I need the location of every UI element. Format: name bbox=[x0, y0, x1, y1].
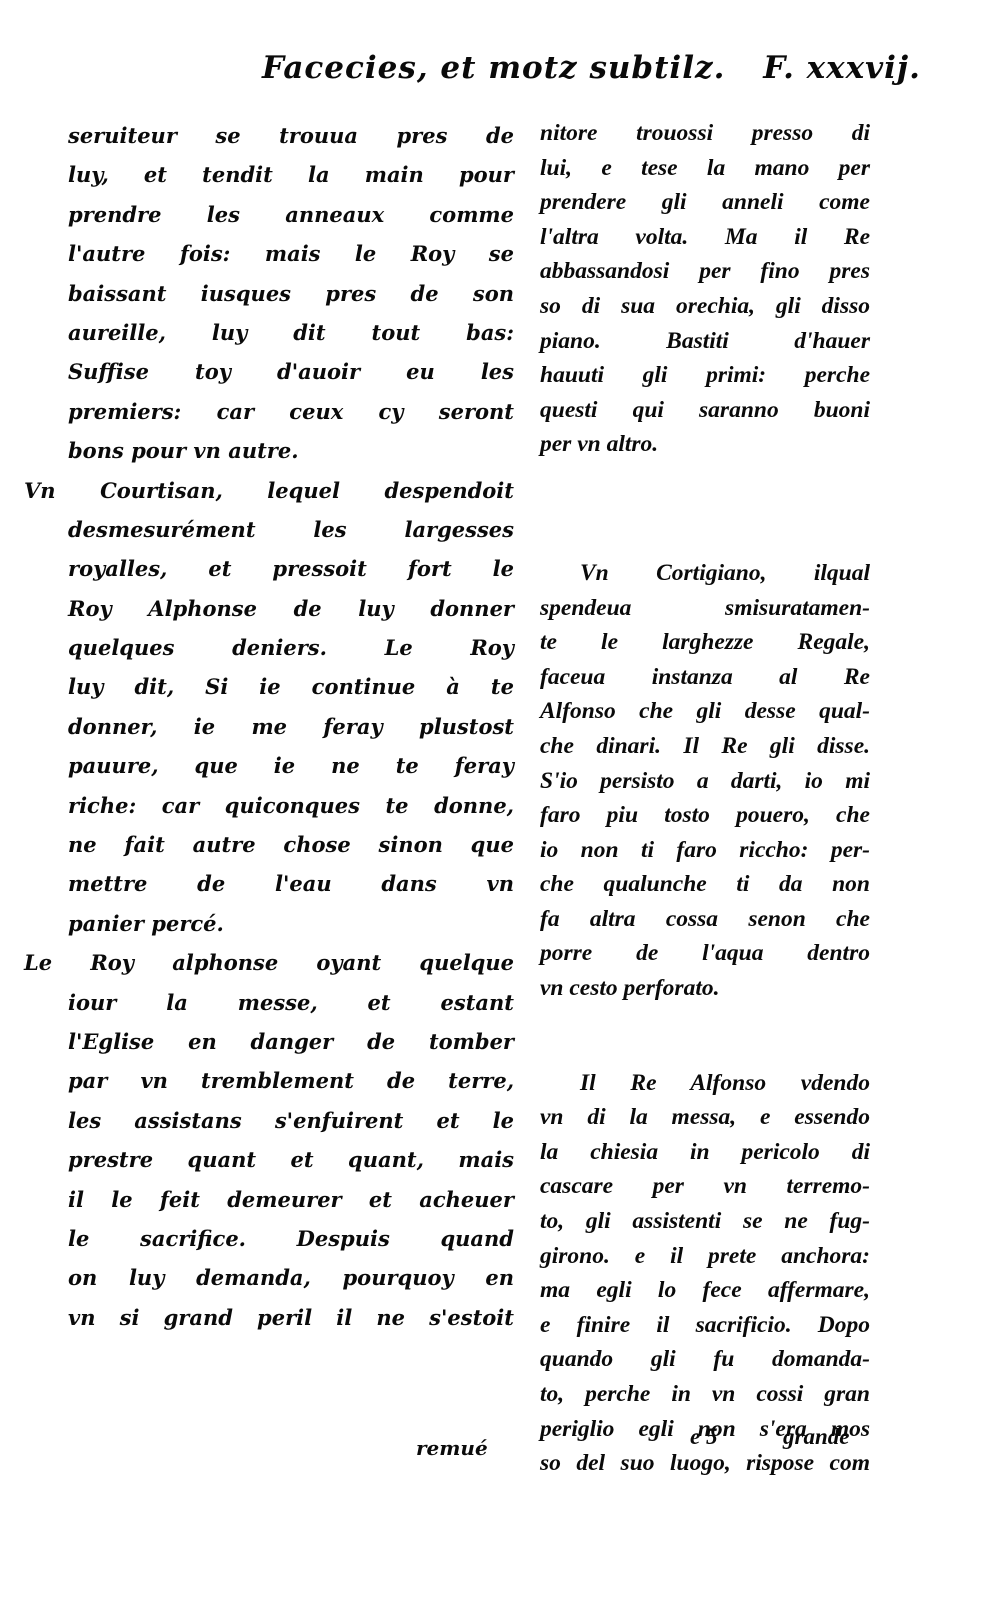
text-line: vn di la messa, e essendo bbox=[540, 1100, 870, 1135]
text-line: donner, ie me feray plustost bbox=[24, 707, 514, 746]
text-line: prendere gli anneli come bbox=[540, 185, 870, 220]
right-column-italian: nitore trouossi presso di lui, e tese la… bbox=[540, 116, 870, 1481]
paragraph-spacer bbox=[540, 462, 870, 556]
text-line: luy, et tendit la main pour bbox=[24, 155, 514, 194]
text-line: che qualunche ti da non bbox=[540, 867, 870, 902]
text-line: girono. e il prete anchora: bbox=[540, 1239, 870, 1274]
text-line: che dinari. Il Re gli disse. bbox=[540, 729, 870, 764]
text-line: to, perche in vn cossi gran bbox=[540, 1377, 870, 1412]
text-line: prestre quant et quant, mais bbox=[24, 1140, 514, 1179]
folio-number: xxxvij. bbox=[807, 50, 921, 86]
catchword-left: remué bbox=[416, 1436, 488, 1460]
paragraph-french-1: seruiteur se trouua pres de luy, et tend… bbox=[24, 116, 514, 471]
text-line: Alfonso che gli desse qual- bbox=[540, 694, 870, 729]
text-line: il le feit demeurer et acheuer bbox=[24, 1180, 514, 1219]
text-line: baissant iusques pres de son bbox=[24, 274, 514, 313]
book-page: Facecies, et motz subtilz. F. xxxvij. se… bbox=[0, 0, 1000, 1615]
text-line: seruiteur se trouua pres de bbox=[24, 116, 514, 155]
text-line: riche: car quiconques te donne, bbox=[24, 786, 514, 825]
text-line: e finire il sacrificio. Dopo bbox=[540, 1308, 870, 1343]
text-line: so di sua orechia, gli disso bbox=[540, 289, 870, 324]
text-line: les assistans s'enfuirent et le bbox=[24, 1101, 514, 1140]
text-line: l'altra volta. Ma il Re bbox=[540, 220, 870, 255]
running-head-title: Facecies, et motz subtilz. bbox=[262, 50, 725, 86]
text-line: cascare per vn terremo- bbox=[540, 1169, 870, 1204]
text-line: panier percé. bbox=[24, 904, 514, 943]
text-line: S'io persisto a darti, io mi bbox=[540, 764, 870, 799]
text-line: io non ti faro riccho: per- bbox=[540, 833, 870, 868]
left-column-french: seruiteur se trouua pres de luy, et tend… bbox=[24, 116, 514, 1337]
text-line: porre de l'aqua dentro bbox=[540, 936, 870, 971]
text-line: l'Eglise en danger de tomber bbox=[24, 1022, 514, 1061]
text-line: quando gli fu domanda- bbox=[540, 1342, 870, 1377]
text-line: par vn tremblement de terre, bbox=[24, 1061, 514, 1100]
text-line: ma egli lo fece affermare, bbox=[540, 1273, 870, 1308]
text-line: iour la messe, et estant bbox=[24, 983, 514, 1022]
text-line: Roy Alphonse de luy donner bbox=[24, 589, 514, 628]
paragraph-italian-2: Vn Cortigiano, ilqual spendeua smisurata… bbox=[540, 556, 870, 1006]
text-line: te le larghezze Regale, bbox=[540, 625, 870, 660]
text-line: to, gli assistenti se ne fug- bbox=[540, 1204, 870, 1239]
text-line: mettre de l'eau dans vn bbox=[24, 864, 514, 903]
text-line: fa altra cossa senon che bbox=[540, 902, 870, 937]
running-head: Facecies, et motz subtilz. F. xxxvij. bbox=[262, 50, 862, 100]
text-line: l'autre fois: mais le Roy se bbox=[24, 234, 514, 273]
text-line: premiers: car ceux cy seront bbox=[24, 392, 514, 431]
paragraph-french-3: Le Roy alphonse oyant quelque iour la me… bbox=[24, 943, 514, 1337]
text-line: nitore trouossi presso di bbox=[540, 116, 870, 151]
text-line: spendeua smisuratamen- bbox=[540, 591, 870, 626]
text-line: lui, e tese la mano per bbox=[540, 151, 870, 186]
text-line: royalles, et pressoit fort le bbox=[24, 549, 514, 588]
text-line: la chiesia in pericolo di bbox=[540, 1135, 870, 1170]
text-line: questi qui saranno buoni bbox=[540, 393, 870, 428]
text-line: aureille, luy dit tout bas: bbox=[24, 313, 514, 352]
text-line: Il Re Alfonso vdendo bbox=[540, 1066, 870, 1101]
text-line: Le Roy alphonse oyant quelque bbox=[24, 943, 514, 982]
text-line: hauuti gli primi: perche bbox=[540, 358, 870, 393]
text-line: vn cesto perforato. bbox=[540, 971, 870, 1006]
text-line: faro piu tosto pouero, che bbox=[540, 798, 870, 833]
paragraph-italian-3: Il Re Alfonso vdendo vn di la messa, e e… bbox=[540, 1066, 870, 1481]
paragraph-italian-1: nitore trouossi presso di lui, e tese la… bbox=[540, 116, 870, 462]
catchword-right: grande bbox=[783, 1424, 849, 1450]
paragraph-french-2: Vn Courtisan, lequel despendoit desmesur… bbox=[24, 471, 514, 944]
text-line: vn si grand peril il ne s'estoit bbox=[24, 1298, 514, 1337]
text-line: Vn Courtisan, lequel despendoit bbox=[24, 471, 514, 510]
text-line: ne fait autre chose sinon que bbox=[24, 825, 514, 864]
paragraph-spacer bbox=[540, 1006, 870, 1066]
text-line: prendre les anneaux comme bbox=[24, 195, 514, 234]
text-line: le sacrifice. Despuis quand bbox=[24, 1219, 514, 1258]
text-line: abbassandosi per fino pres bbox=[540, 254, 870, 289]
text-line: desmesurément les largesses bbox=[24, 510, 514, 549]
text-line: Suffise toy d'auoir eu les bbox=[24, 352, 514, 391]
text-line: pauure, que ie ne te feray bbox=[24, 746, 514, 785]
text-line: per vn altro. bbox=[540, 427, 870, 462]
text-line: luy dit, Si ie continue à te bbox=[24, 667, 514, 706]
text-line: piano. Bastiti d'hauer bbox=[540, 324, 870, 359]
text-line: faceua instanza al Re bbox=[540, 660, 870, 695]
signature-mark: e 5 bbox=[690, 1424, 717, 1450]
text-line: quelques deniers. Le Roy bbox=[24, 628, 514, 667]
text-line: bons pour vn autre. bbox=[24, 431, 514, 470]
text-line: on luy demanda, pourquoy en bbox=[24, 1258, 514, 1297]
folio-label: F. bbox=[763, 50, 795, 86]
text-line: Vn Cortigiano, ilqual bbox=[540, 556, 870, 591]
text-line: so del suo luogo, rispose com bbox=[540, 1446, 870, 1481]
